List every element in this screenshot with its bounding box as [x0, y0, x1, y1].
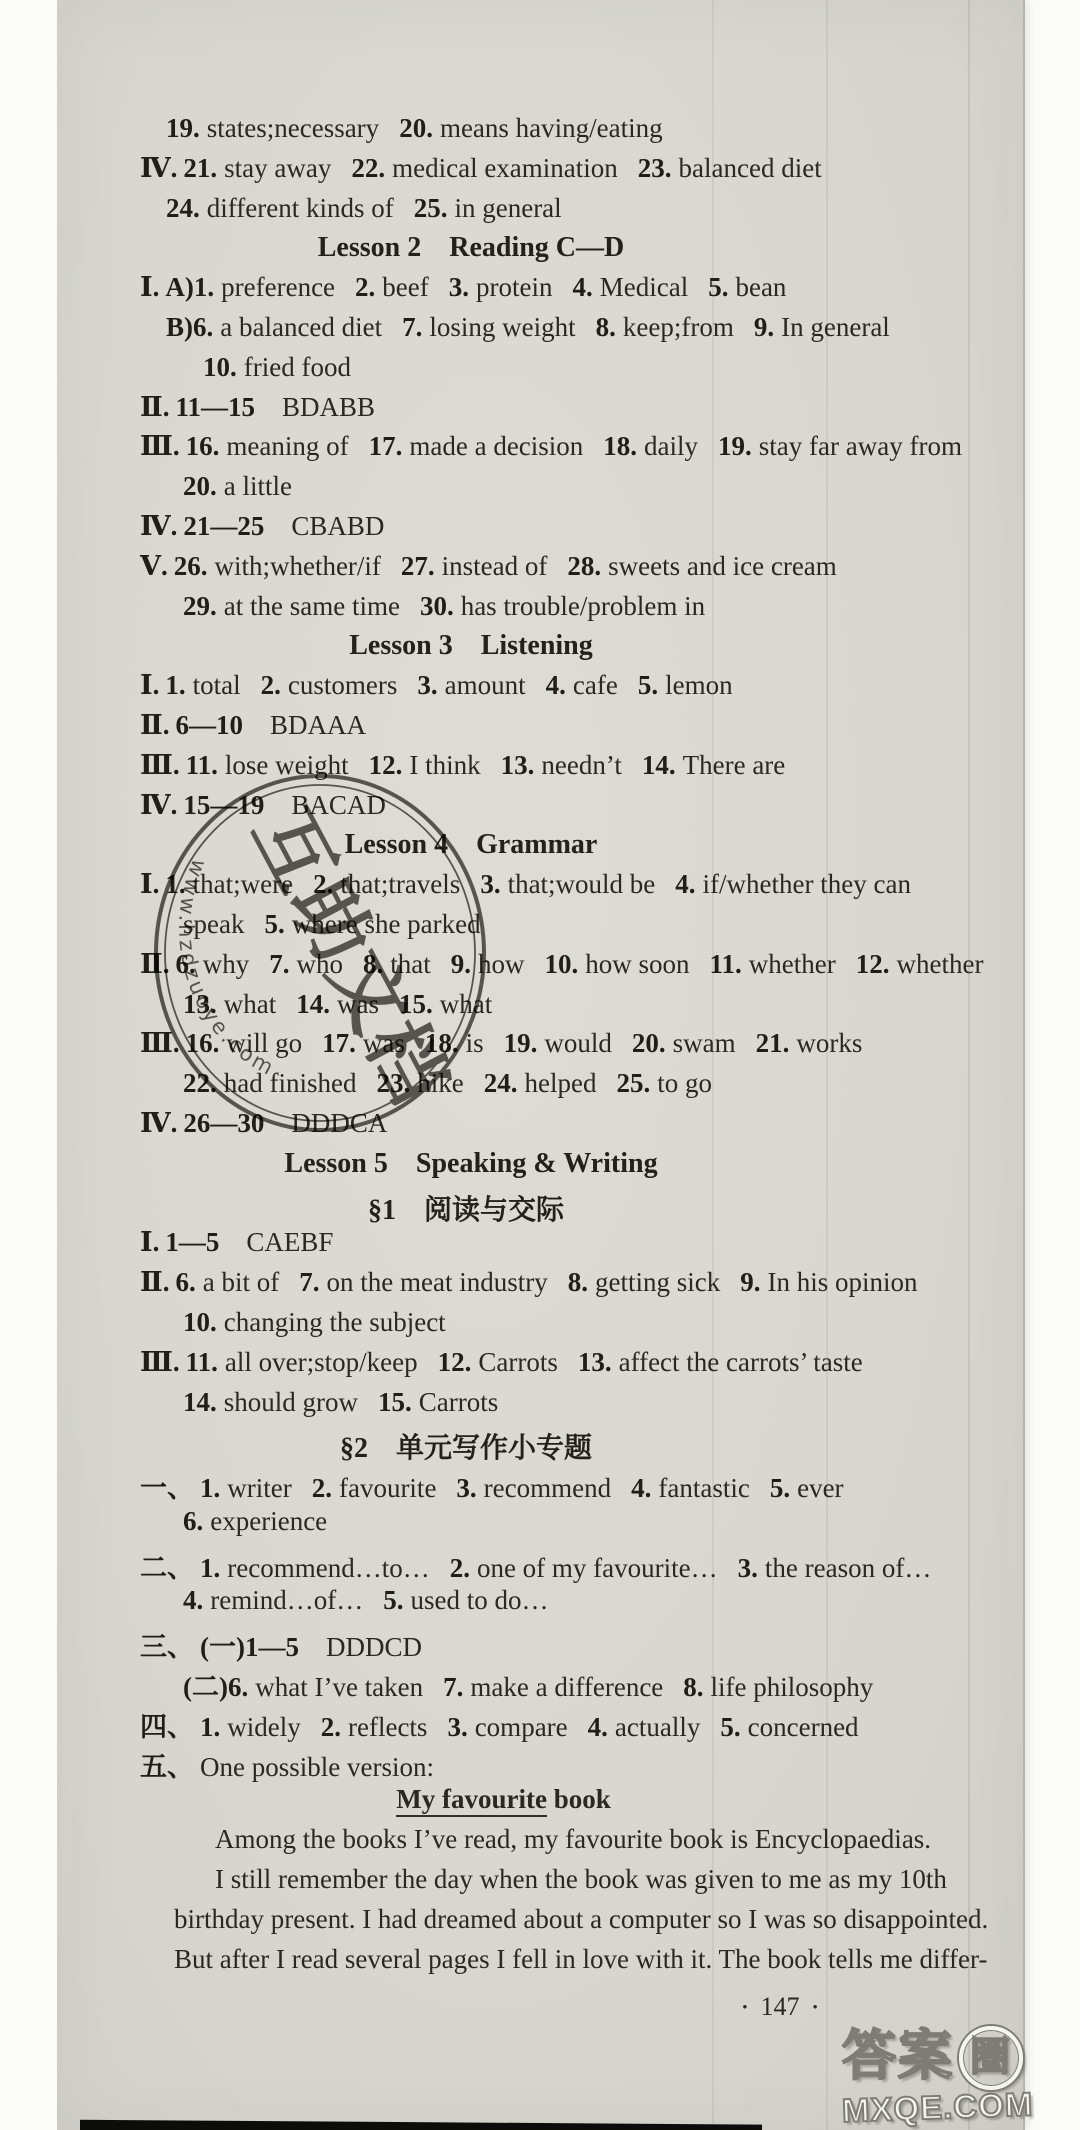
answer-number: 9. [754, 312, 774, 342]
answer-text: preference [221, 272, 335, 302]
essay-line: But after I read several pages I fell in… [174, 1944, 1012, 1984]
answer-text: to go [657, 1068, 712, 1098]
answer-number: 19. [166, 113, 200, 143]
answer-line: 三、(一)1—5DDDCD [140, 1625, 1012, 1665]
answer-text: meaning of [226, 431, 348, 461]
answer-item: 4.Medical [573, 272, 689, 302]
answer-number: 29. [183, 591, 217, 621]
answer-text: whether [749, 949, 836, 979]
header-right: 单元写作小专题 [396, 1433, 592, 1464]
answer-text: keep;from [623, 312, 734, 342]
answer-number: 14. [183, 1387, 217, 1417]
answer-number: (一)1—5 [200, 1632, 299, 1662]
header-left: Lesson 2 [318, 232, 421, 263]
answer-text: medical examination [392, 153, 618, 183]
answer-text: a little [224, 471, 292, 501]
answer-text: fried food [244, 352, 351, 382]
answer-number: 17. [369, 431, 403, 461]
answer-number: 2. [321, 1712, 341, 1742]
answer-number: 11. [186, 1347, 218, 1377]
answer-item: 1.recommend…to… [200, 1553, 430, 1583]
answer-text: swam [673, 1028, 736, 1058]
answer-item: 19.would [504, 1028, 612, 1058]
answer-text: changing the subject [224, 1307, 446, 1337]
answer-item: 11.whether [710, 949, 836, 979]
header-left: Lesson 5 [284, 1148, 387, 1179]
answer-line: 6.experience [140, 1506, 1012, 1546]
answer-item: CBABD [291, 511, 384, 541]
answer-line: Ⅴ.26.with;whether/if27.instead of28.swee… [140, 551, 1012, 591]
answer-number: 11. [710, 949, 742, 979]
lesson-header: Lesson 3Listening [140, 630, 1012, 670]
answer-number: B)6. [166, 312, 213, 342]
answer-number: 21—25 [183, 511, 264, 541]
answer-item: 8.keep;from [596, 312, 734, 342]
answer-item: BDABB [282, 392, 375, 422]
answer-number: 5. [770, 1473, 790, 1503]
answer-line: Ⅰ.A)1.preference2.beef3.protein4.Medical… [140, 272, 1012, 312]
answer-text: affect the carrots’ taste [619, 1347, 863, 1377]
watermark-logo: 答案圈 MXQE.COM [842, 2026, 1033, 2130]
essay-title-underlined: My favourite [396, 1784, 547, 1817]
answer-line: 10.changing the subject [140, 1307, 1012, 1347]
section-subheader: §1阅读与交际 [140, 1188, 1012, 1228]
answer-line: Ⅲ.16.meaning of17.made a decision18.dail… [140, 431, 1012, 471]
header-left: §1 [368, 1195, 396, 1226]
answer-number: 18. [603, 431, 637, 461]
answer-number: 13. [501, 750, 535, 780]
answer-number: 10. [545, 949, 579, 979]
answer-text: compare [475, 1712, 568, 1742]
answer-item: 7.make a difference [443, 1672, 663, 1702]
answer-number: 19. [718, 431, 752, 461]
answer-number: 20. [183, 471, 217, 501]
answer-text: a bit of [203, 1267, 279, 1297]
answer-item: 13.affect the carrots’ taste [578, 1347, 863, 1377]
essay-title-rest: book [547, 1784, 611, 1814]
answer-item: One possible version: [200, 1752, 434, 1782]
answer-text: all over;stop/keep [225, 1347, 418, 1377]
answer-item: 2.customers [261, 670, 398, 700]
answer-text: different kinds of [207, 193, 394, 223]
section-numeral: Ⅲ. [140, 431, 180, 461]
answer-item: 13.needn’t [501, 750, 622, 780]
answer-text: that;would be [508, 869, 656, 899]
answer-text: recommend…to… [227, 1553, 429, 1583]
answer-number: 9. [740, 1267, 760, 1297]
answer-item: 14.should grow [183, 1387, 358, 1417]
answer-item: 18.daily [603, 431, 698, 461]
answer-number: 20. [632, 1028, 666, 1058]
answer-number: 7. [402, 312, 422, 342]
answer-text: used to do… [410, 1585, 548, 1615]
answer-number: 16. [186, 431, 220, 461]
answer-item: 3.amount [417, 670, 525, 700]
answer-item: 12.Carrots [438, 1347, 558, 1377]
answer-line: Ⅱ.11—15BDABB [140, 392, 1012, 432]
answer-text: One possible version: [200, 1752, 434, 1782]
answer-item: 10.changing the subject [183, 1307, 446, 1337]
watermark-brand-text: 答案 [842, 2024, 954, 2087]
header-right: Reading C—D [449, 232, 624, 263]
answer-number: 1. [200, 1553, 220, 1583]
answer-item: 15.Carrots [378, 1387, 498, 1417]
answer-text: Carrots [419, 1387, 498, 1417]
watermark-circled-char: 圈 [959, 2026, 1023, 2090]
answer-item: 3.the reason of… [738, 1553, 932, 1583]
answer-item: 22.medical examination [351, 153, 617, 183]
answer-line: 一、1.writer2.favourite3.recommend4.fantas… [140, 1466, 1012, 1506]
answer-item: 6.a bit of [176, 1267, 280, 1297]
answer-text: total [193, 670, 241, 700]
answer-text: in general [454, 193, 561, 223]
answer-item: 26.with;whether/if [174, 551, 381, 581]
answer-item: 8.life philosophy [683, 1672, 873, 1702]
answer-item: 5.bean [708, 272, 786, 302]
answer-line: 19.states;necessary20.means having/eatin… [140, 113, 1012, 153]
answer-line: 4.remind…of…5.used to do… [140, 1585, 1012, 1625]
section-numeral: Ⅴ. [140, 551, 168, 581]
answer-number: 4. [546, 670, 566, 700]
essay-line: birthday present. I had dreamed about a … [174, 1904, 1012, 1944]
answer-line: 五、One possible version: [140, 1745, 1012, 1785]
answer-line: B)6.a balanced diet7.losing weight8.keep… [140, 312, 1012, 352]
answer-item: 30.has trouble/problem in [420, 591, 705, 621]
answer-number: 3. [738, 1553, 758, 1583]
answer-number: 25. [414, 193, 448, 223]
answer-item: 4.cafe [546, 670, 618, 700]
answer-item: 4.fantastic [631, 1473, 750, 1503]
answer-number: 3. [447, 1712, 467, 1742]
answer-item: 21.works [756, 1028, 863, 1058]
answer-number: 1—5 [165, 1227, 219, 1257]
answer-text: with;whether/if [214, 551, 380, 581]
answer-number: 8. [596, 312, 616, 342]
answer-item: 7.losing weight [402, 312, 576, 342]
answer-number: 8. [568, 1267, 588, 1297]
answer-item: 9.In general [754, 312, 890, 342]
answer-text: means having/eating [440, 113, 663, 143]
answer-item: 29.at the same time [183, 591, 400, 621]
section-numeral: Ⅱ. [140, 710, 170, 740]
answer-item: 1.widely [200, 1712, 301, 1742]
answer-item: 2.favourite [312, 1473, 437, 1503]
answer-text: would [544, 1028, 612, 1058]
answer-number: 13. [578, 1347, 612, 1377]
answer-text: lemon [665, 670, 733, 700]
answer-item: 11.all over;stop/keep [186, 1347, 418, 1377]
answer-line: 20.a little [140, 471, 1012, 511]
answer-number: 5. [638, 670, 658, 700]
answer-number: A)1. [165, 272, 214, 302]
section-numeral: Ⅰ. [140, 1227, 159, 1257]
answer-number: 4. [573, 272, 593, 302]
answer-number: 2. [312, 1473, 332, 1503]
answer-item: 23.balanced diet [638, 153, 822, 183]
header-right: Speaking & Writing [416, 1148, 658, 1179]
answer-item: 2.reflects [321, 1712, 428, 1742]
lesson-header: Lesson 5Speaking & Writing [140, 1148, 1012, 1188]
answer-number: 4. [631, 1473, 651, 1503]
page-number-bullet: • [742, 2000, 747, 2016]
answer-text: widely [227, 1712, 301, 1742]
answer-text: CBABD [291, 511, 384, 541]
answer-text: works [796, 1028, 862, 1058]
answer-line: Ⅱ.6.a bit of7.on the meat industry8.gett… [140, 1267, 1012, 1307]
answer-item: 5.used to do… [383, 1585, 548, 1615]
answer-number: 10. [183, 1307, 217, 1337]
answer-number: 27. [401, 551, 435, 581]
answer-item: 19.states;necessary [166, 113, 379, 143]
answer-number: 25. [616, 1068, 650, 1098]
answer-line: Ⅰ.1.total2.customers3.amount4.cafe5.lemo… [140, 670, 1012, 710]
answer-item: CAEBF [246, 1227, 333, 1257]
answer-item: 6.experience [183, 1506, 327, 1536]
answer-number: 14. [642, 750, 676, 780]
answer-item: 20.means having/eating [399, 113, 662, 143]
answer-text: In general [781, 312, 890, 342]
answer-number: 2. [355, 272, 375, 302]
page-number-value: 147 [761, 1992, 800, 2021]
section-numeral: 一、 [140, 1473, 194, 1503]
answer-text: remind…of… [210, 1585, 363, 1615]
answer-text: amount [445, 670, 526, 700]
answer-item: 3.recommend [456, 1473, 611, 1503]
answer-number: 1. [165, 670, 185, 700]
essay-line: I still remember the day when the book w… [174, 1864, 1012, 1904]
answer-text: instead of [442, 551, 548, 581]
section-numeral: Ⅲ. [140, 1347, 180, 1377]
answer-number: 3. [456, 1473, 476, 1503]
answer-number: 30. [420, 591, 454, 621]
answer-item: 7.on the meat industry [299, 1267, 547, 1297]
answer-text: BDABB [282, 392, 375, 422]
section-numeral: 二、 [140, 1553, 194, 1583]
section-subheader: §2单元写作小专题 [140, 1426, 1012, 1466]
answer-number: 20. [399, 113, 433, 143]
answer-number: 3. [417, 670, 437, 700]
answer-item: 10.how soon [545, 949, 690, 979]
answer-number: 21. [183, 153, 217, 183]
answer-text: Carrots [478, 1347, 557, 1377]
answer-line: Ⅲ.11.all over;stop/keep12.Carrots13.affe… [140, 1347, 1012, 1387]
answer-number: 4. [675, 869, 695, 899]
answer-item: 24.different kinds of [166, 193, 394, 223]
answer-text: losing weight [429, 312, 575, 342]
answer-number: 6. [176, 1267, 196, 1297]
answer-item: 1.total [165, 670, 240, 700]
section-numeral: Ⅳ. [140, 153, 177, 183]
answer-number: 8. [683, 1672, 703, 1702]
answer-item: 3.compare [447, 1712, 567, 1742]
answer-text: actually [615, 1712, 700, 1742]
answer-line: 二、1.recommend…to…2.one of my favourite…3… [140, 1546, 1012, 1586]
answer-number: 12. [438, 1347, 472, 1377]
essay-line: Among the books I’ve read, my favourite … [174, 1824, 1012, 1864]
answer-item: 8.getting sick [568, 1267, 720, 1297]
answer-line: 10.fried food [140, 352, 1012, 392]
answer-number: 5. [720, 1712, 740, 1742]
section-numeral: Ⅳ. [140, 511, 177, 541]
answer-item: 20.swam [632, 1028, 736, 1058]
answer-item: 25.in general [414, 193, 562, 223]
answer-item: DDDCD [326, 1632, 422, 1662]
answer-text: made a decision [409, 431, 583, 461]
answer-text: writer [227, 1473, 291, 1503]
answer-text: should grow [224, 1387, 358, 1417]
answer-item: (二)6.what I’ve taken [183, 1672, 423, 1702]
answer-text: Medical [600, 272, 688, 302]
answer-number: 6. [183, 1506, 203, 1536]
answer-item: 4.remind…of… [183, 1585, 363, 1615]
header-right: Listening [481, 630, 593, 661]
answer-item: 25.to go [616, 1068, 712, 1098]
answer-number: 2. [450, 1553, 470, 1583]
answer-item: 21.stay away [183, 153, 331, 183]
answer-number: 4. [183, 1585, 203, 1615]
answer-item: 4.actually [588, 1712, 701, 1742]
section-numeral: Ⅱ. [140, 392, 170, 422]
answer-number: (二)6. [183, 1672, 248, 1702]
header-right: 阅读与交际 [424, 1195, 564, 1226]
answer-item: 2.beef [355, 272, 429, 302]
answer-text: fantastic [658, 1473, 749, 1503]
answer-text: needn’t [541, 750, 621, 780]
answer-text: stay far away from [759, 431, 962, 461]
answer-item: 19.stay far away from [718, 431, 962, 461]
answer-text: protein [476, 272, 552, 302]
answer-text: helped [524, 1068, 596, 1098]
answer-item: 12.whether [856, 949, 984, 979]
answer-text: concerned [748, 1712, 859, 1742]
answer-item: 5.concerned [720, 1712, 858, 1742]
answer-item: 5.lemon [638, 670, 733, 700]
answer-text: CAEBF [246, 1227, 333, 1257]
answer-item: 16.meaning of [186, 431, 349, 461]
answer-item: 6—10 [176, 710, 251, 740]
answer-number: 6—10 [176, 710, 244, 740]
answer-number: 11—15 [176, 392, 256, 422]
answer-text: There are [683, 750, 786, 780]
section-numeral: Ⅰ. [140, 670, 159, 700]
answer-line: 四、1.widely2.reflects3.compare4.actually5… [140, 1705, 1012, 1745]
answer-item: 21—25 [183, 511, 271, 541]
section-numeral: Ⅰ. [140, 272, 159, 302]
section-numeral: Ⅱ. [140, 1267, 170, 1297]
answer-item: 28.sweets and ice cream [567, 551, 836, 581]
answer-line: 29.at the same time30.has trouble/proble… [140, 591, 1012, 631]
answer-number: 28. [567, 551, 601, 581]
answer-text: customers [288, 670, 397, 700]
answer-text: getting sick [595, 1267, 720, 1297]
answer-item: 3.that;would be [480, 869, 655, 899]
answer-item: (一)1—5 [200, 1632, 306, 1662]
answer-text: beef [382, 272, 428, 302]
answer-item: 4.if/whether they can [675, 869, 911, 899]
answer-text: on the meat industry [327, 1267, 548, 1297]
answer-item: 2.one of my favourite… [450, 1553, 718, 1583]
answer-text: balanced diet [679, 153, 822, 183]
answer-text: life philosophy [711, 1672, 874, 1702]
answer-text: the reason of… [765, 1553, 931, 1583]
answer-number: 19. [504, 1028, 538, 1058]
answer-text: at the same time [224, 591, 400, 621]
answer-text: favourite [339, 1473, 436, 1503]
answer-item: 20.a little [183, 471, 292, 501]
answer-number: 21. [756, 1028, 790, 1058]
answer-text: BDAAA [270, 710, 366, 740]
section-numeral: 五、 [140, 1752, 194, 1782]
answer-number: 12. [856, 949, 890, 979]
section-numeral: 三、 [140, 1632, 194, 1662]
answer-number: 7. [443, 1672, 463, 1702]
answer-line: 14.should grow15.Carrots [140, 1387, 1012, 1427]
answer-number: 23. [638, 153, 672, 183]
answer-item: 5.ever [770, 1473, 844, 1503]
answer-text: whether [897, 949, 984, 979]
answer-line: 24.different kinds of25.in general [140, 193, 1012, 233]
answer-number: 5. [383, 1585, 403, 1615]
answer-item: 10.fried food [203, 352, 351, 382]
page-number: •147• [700, 1992, 860, 2022]
answer-text: recommend [484, 1473, 611, 1503]
header-left: §2 [340, 1433, 368, 1464]
answer-text: experience [210, 1506, 327, 1536]
answer-text: one of my favourite… [477, 1553, 718, 1583]
answer-line: Ⅰ.1—5CAEBF [140, 1227, 1012, 1267]
watermark-brand: 答案圈 [842, 2026, 1033, 2090]
answer-text: what I’ve taken [255, 1672, 423, 1702]
answer-text: DDDCD [326, 1632, 422, 1662]
answer-text: cafe [573, 670, 618, 700]
answer-number: 22. [351, 153, 385, 183]
answer-item: 24.helped [484, 1068, 597, 1098]
answer-number: 10. [203, 352, 237, 382]
answer-number: 26. [174, 551, 208, 581]
header-left: Lesson 3 [349, 630, 452, 661]
answer-item: B)6.a balanced diet [166, 312, 382, 342]
answer-text: sweets and ice cream [608, 551, 837, 581]
answer-text: if/whether they can [703, 869, 911, 899]
answer-number: 4. [588, 1712, 608, 1742]
answer-number: 1. [200, 1473, 220, 1503]
answer-text: how soon [585, 949, 689, 979]
answer-text: has trouble/problem in [461, 591, 705, 621]
answer-item: BDAAA [270, 710, 366, 740]
answer-line: Ⅳ.21—25CBABD [140, 511, 1012, 551]
answer-line: Ⅳ.21.stay away22.medical examination23.b… [140, 153, 1012, 193]
answer-line: Ⅱ.6—10BDAAA [140, 710, 1012, 750]
answer-text: In his opinion [767, 1267, 917, 1297]
ink-stamp: 互助文档 www.hzdzuoye.com [148, 768, 492, 1138]
answer-item: A)1.preference [165, 272, 335, 302]
answer-item: 17.made a decision [369, 431, 584, 461]
answer-item: 11—15 [176, 392, 263, 422]
essay-title: My favourite book [140, 1784, 1012, 1824]
answer-number: 3. [449, 272, 469, 302]
answer-item: 27.instead of [401, 551, 547, 581]
answer-number: 5. [708, 272, 728, 302]
answer-item: 3.protein [449, 272, 553, 302]
answer-item: 14.There are [642, 750, 785, 780]
answer-text: reflects [348, 1712, 427, 1742]
answer-line: (二)6.what I’ve taken7.make a difference8… [140, 1665, 1012, 1705]
answer-text: make a difference [470, 1672, 663, 1702]
answer-text: daily [644, 431, 698, 461]
answer-text: ever [797, 1473, 843, 1503]
answer-number: 15. [378, 1387, 412, 1417]
section-numeral: 四、 [140, 1712, 194, 1742]
